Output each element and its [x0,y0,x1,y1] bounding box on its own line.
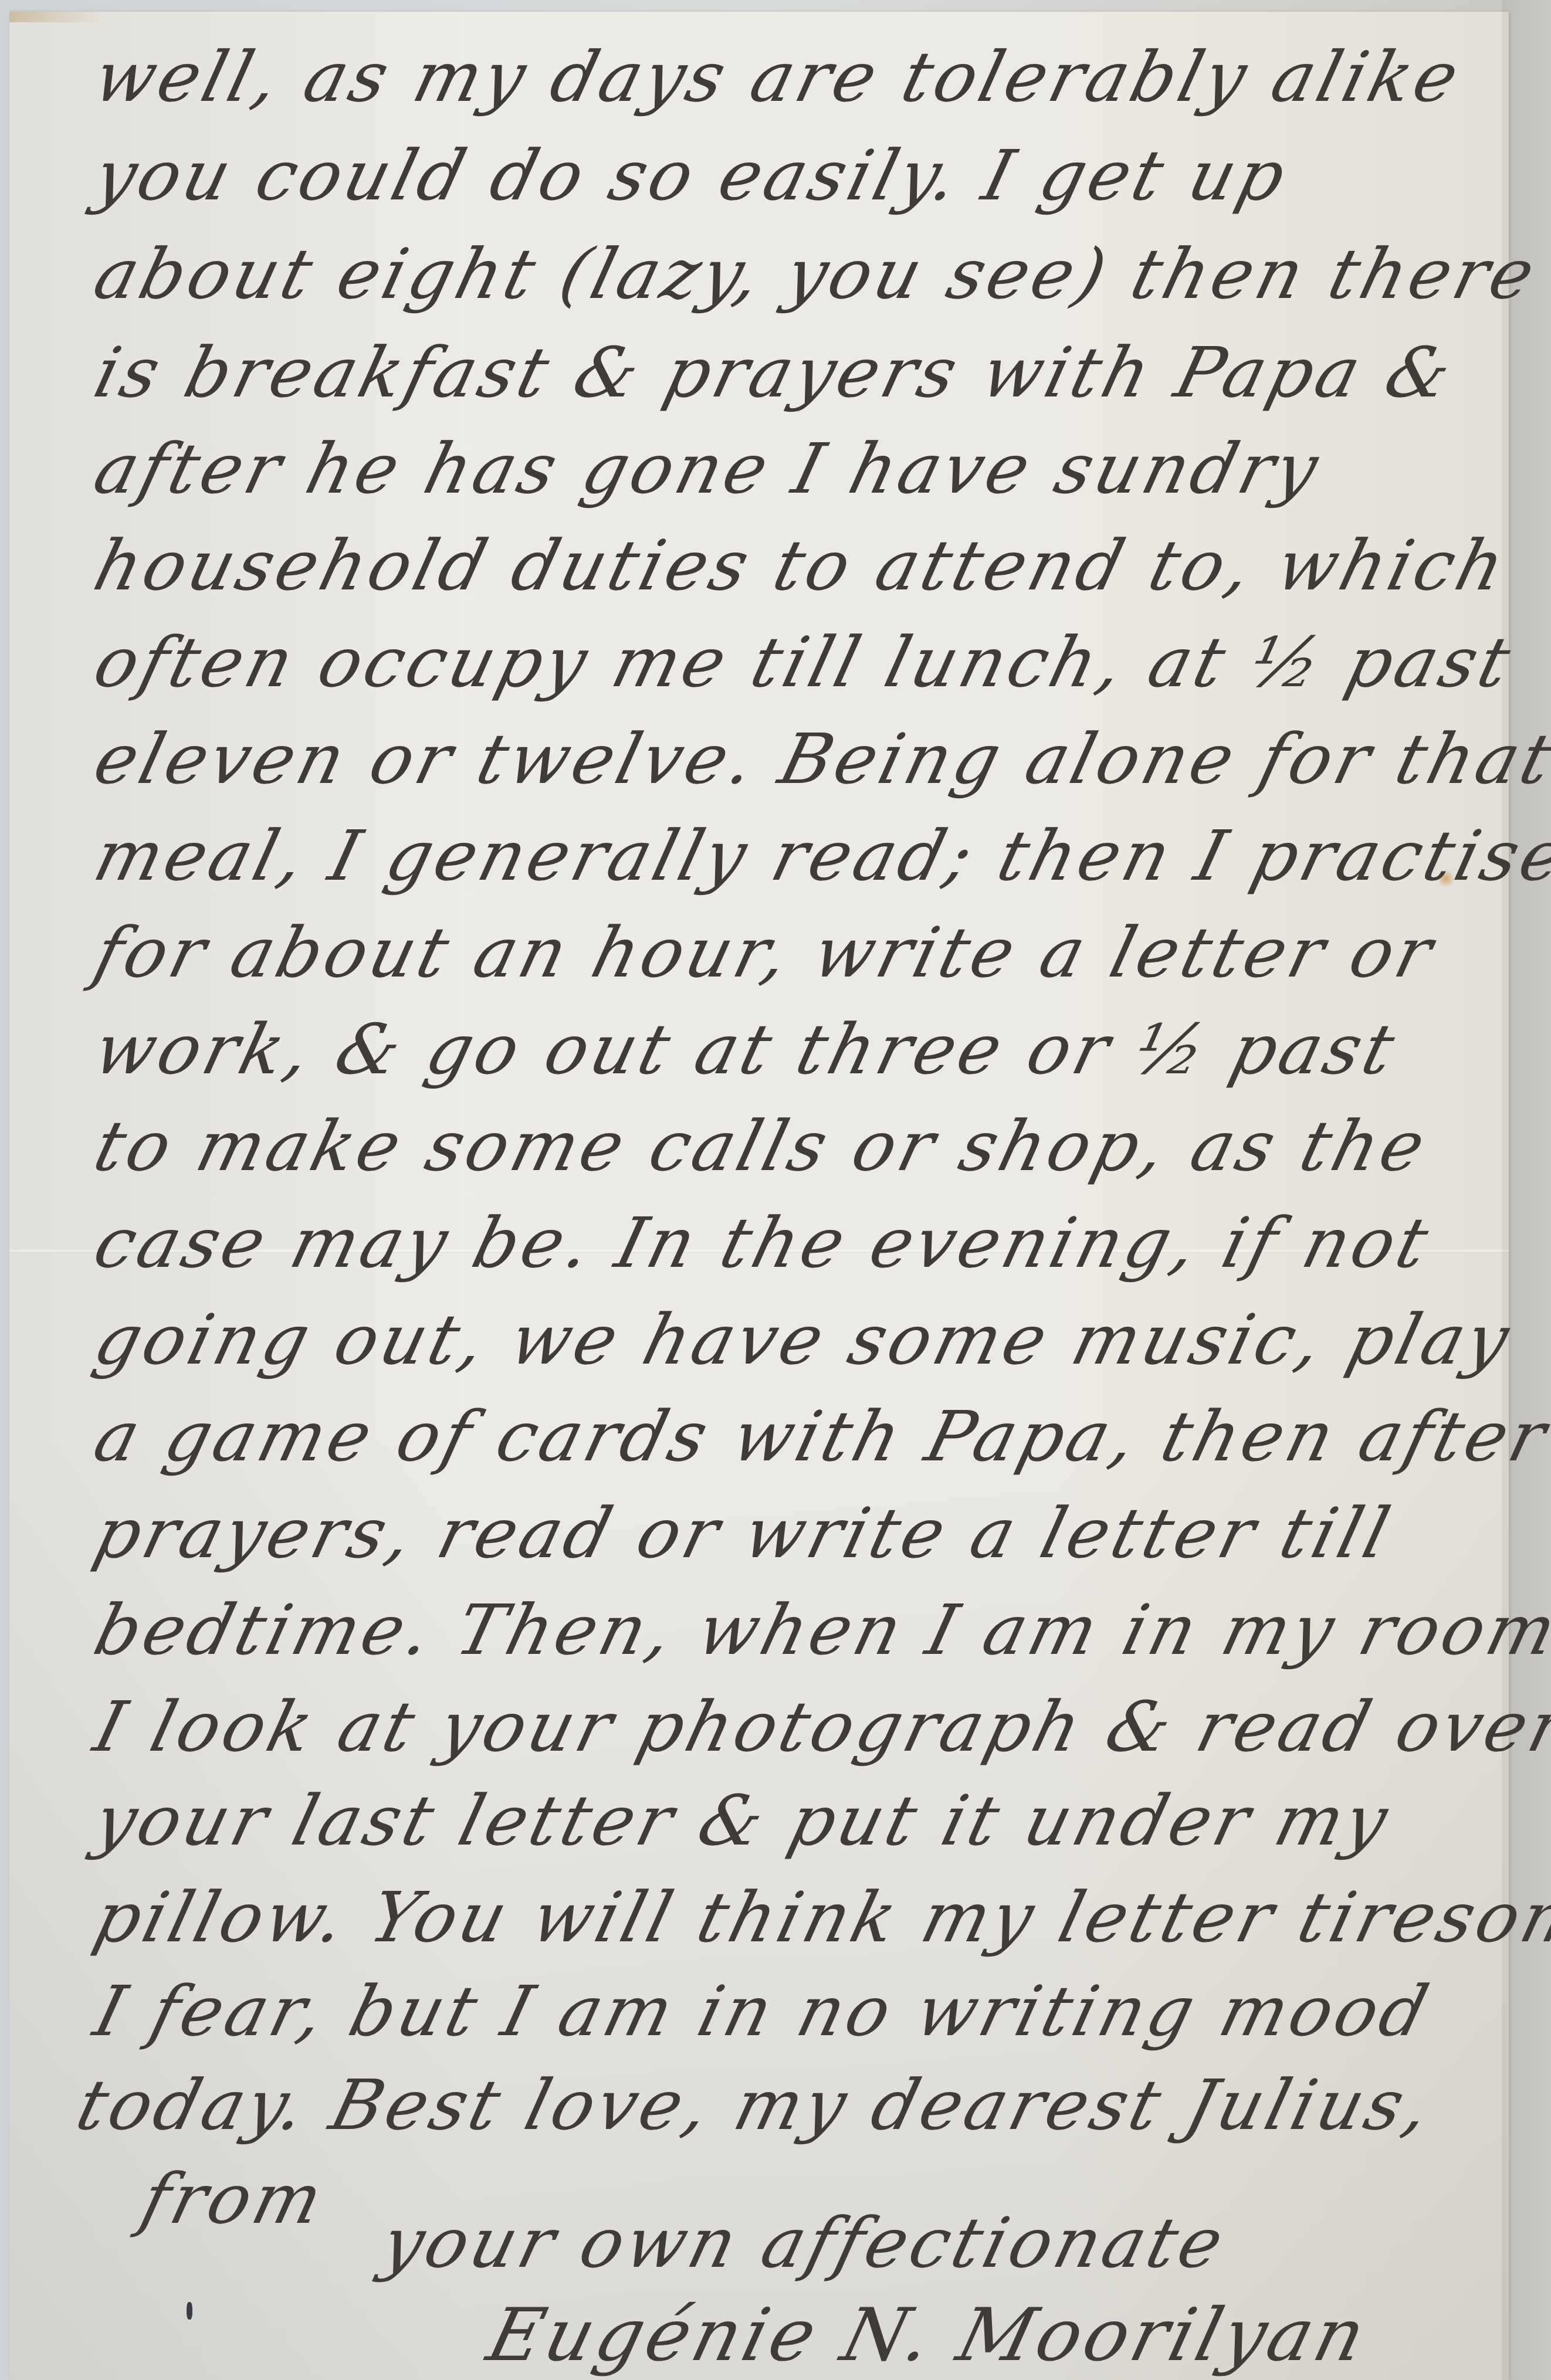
letter-line: I look at your photograph & read over [88,1692,1513,1761]
corner-stain [9,12,103,22]
letter-line: eleven or twelve. Being alone for that [88,724,1513,794]
ink-mark [187,2302,192,2320]
letter-line: well, as my days are tolerably alike [88,42,1513,111]
letter-line: is breakfast & prayers with Papa & [88,338,1513,407]
letter-line: case may be. In the evening, if not [88,1208,1513,1277]
letter-line: work, & go out at three or ½ past [88,1015,1513,1084]
page-edge-shadow [1502,0,1551,2380]
letter-line: about eight (lazy, you see) then there [88,239,1513,308]
letter-line: you could do so easily. I get up [88,141,1513,210]
letter-line: going out, we have some music, play [88,1305,1513,1374]
letter-line: for about an hour, write a letter or [88,918,1513,987]
signature: Eugénie N. Moorilyan [481,2299,1438,2372]
letter-line: today. Best love, my dearest Julius, [70,2070,1495,2140]
letter-line: bedtime. Then, when I am in my room [88,1595,1513,1664]
letter-line: pillow. You will think my letter tiresom… [88,1883,1513,1952]
letter-line: after he has gone I have sundry [88,434,1513,503]
letter-line: often occupy me till lunch, at ½ past [88,628,1513,697]
letter-line: meal, I generally read; then I practise [88,821,1513,890]
closing-valediction: your own affectionate [375,2208,1331,2277]
letter-line: a game of cards with Papa, then after [88,1402,1513,1471]
letter-line: to make some calls or shop, as the [88,1111,1513,1181]
letter-line: household duties to attend to, which [88,531,1513,600]
letter-line: prayers, read or write a letter till [88,1498,1513,1568]
letter-line: your last letter & put it under my [88,1786,1513,1855]
letter-line: I fear, but I am in no writing mood [88,1976,1513,2046]
